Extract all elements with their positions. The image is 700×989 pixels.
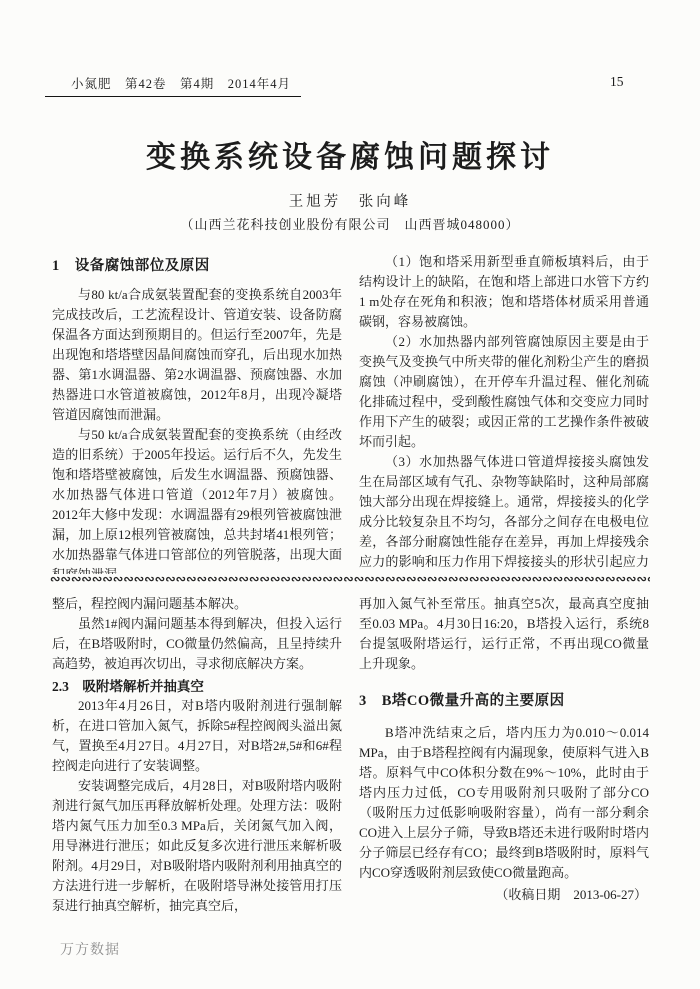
continuation-paragraph: 整后，程控阀内漏问题基本解决。: [52, 594, 342, 614]
top-columns: 1 设备腐蚀部位及原因 与80 kt/a合成氨装置配套的变换系统自2003年完成…: [52, 252, 649, 574]
continuation-paragraph: 再加入氮气补至常压。抽真空5次，最高真空度抽至0.03 MPa。4月30日16:…: [359, 594, 649, 674]
left-column-top: 1 设备腐蚀部位及原因 与80 kt/a合成氨装置配套的变换系统自2003年完成…: [52, 252, 342, 574]
paragraph: 虽然1#阀内漏问题基本得到解决，但投入运行后，在B塔吸附时，CO微量仍然偏高，且…: [52, 614, 342, 674]
section-1-heading: 1 设备腐蚀部位及原因: [52, 254, 342, 275]
affiliation: （山西兰花科技创业股份有限公司 山西晋城048000）: [0, 214, 700, 233]
right-column-bottom: 再加入氮气补至常压。抽真空5次，最高真空度抽至0.03 MPa。4月30日16:…: [359, 594, 649, 916]
section-2-3-heading: 2.3 吸附塔解析并抽真空: [52, 675, 342, 695]
right-column-top: （1）饱和塔采用新型垂直筛板填料后，由于结构设计上的缺陷，在饱和塔上部进口水管下…: [359, 252, 649, 574]
bottom-columns: 整后，程控阀内漏问题基本解决。 虽然1#阀内漏问题基本得到解决，但投入运行后，在…: [52, 594, 649, 916]
left-column-bottom: 整后，程控阀内漏问题基本解决。 虽然1#阀内漏问题基本得到解决，但投入运行后，在…: [52, 594, 342, 916]
paragraph: （1）饱和塔采用新型垂直筛板填料后，由于结构设计上的缺陷，在饱和塔上部进口水管下…: [359, 252, 649, 332]
paragraph: 2013年4月26日，对B塔内吸附剂进行强制解析，在进口管加入氮气，拆除5#程控…: [52, 696, 342, 776]
page-number: 15: [610, 74, 624, 90]
paragraph: 安装调整完成后，4月28日，对B吸附塔内吸附剂进行氮气加压再释放解析处理。处理方…: [52, 776, 342, 916]
wanfang-watermark: 万方数据: [60, 939, 120, 959]
paragraph: （3）水加热器气体进口管道焊接接头腐蚀发生在局部区域有气孔、杂物等缺陷时，这种局…: [359, 452, 649, 574]
paragraph: 与80 kt/a合成氨装置配套的变换系统自2003年完成技改后，工艺流程设计、管…: [52, 285, 342, 425]
paragraph: （2）水加热器内部列管腐蚀原因主要是由于变换气及变换气中所夹带的催化剂粉尘产生的…: [359, 332, 649, 452]
received-date: （收稿日期 2013-06-27）: [359, 885, 649, 905]
article-title: 变换系统设备腐蚀问题探讨: [0, 132, 700, 176]
journal-header: 小氮肥 第42卷 第4期 2014年4月: [45, 74, 301, 97]
paragraph: B塔冲洗结束之后，塔内压力为0.010～0.014 MPa，由于B塔程控阀有内漏…: [359, 723, 649, 883]
scanned-paper-page: 小氮肥 第42卷 第4期 2014年4月 15 变换系统设备腐蚀问题探讨 王旭芳…: [0, 0, 700, 989]
section-3-heading: 3 B塔CO微量升高的主要原因: [359, 689, 649, 710]
authors: 王旭芳 张向峰: [0, 190, 700, 211]
ornament-divider: ∾∾∾∾∾∾∾∾∾∾∾∾∾∾∾∾∾∾∾∾∾∾∾∾∾∾∾∾∾∾∾∾∾∾∾∾∾∾∾∾…: [50, 572, 650, 587]
paragraph: 与50 kt/a合成氨装置配套的变换系统（由经改造的旧系统）于2005年投运。运…: [52, 425, 342, 574]
